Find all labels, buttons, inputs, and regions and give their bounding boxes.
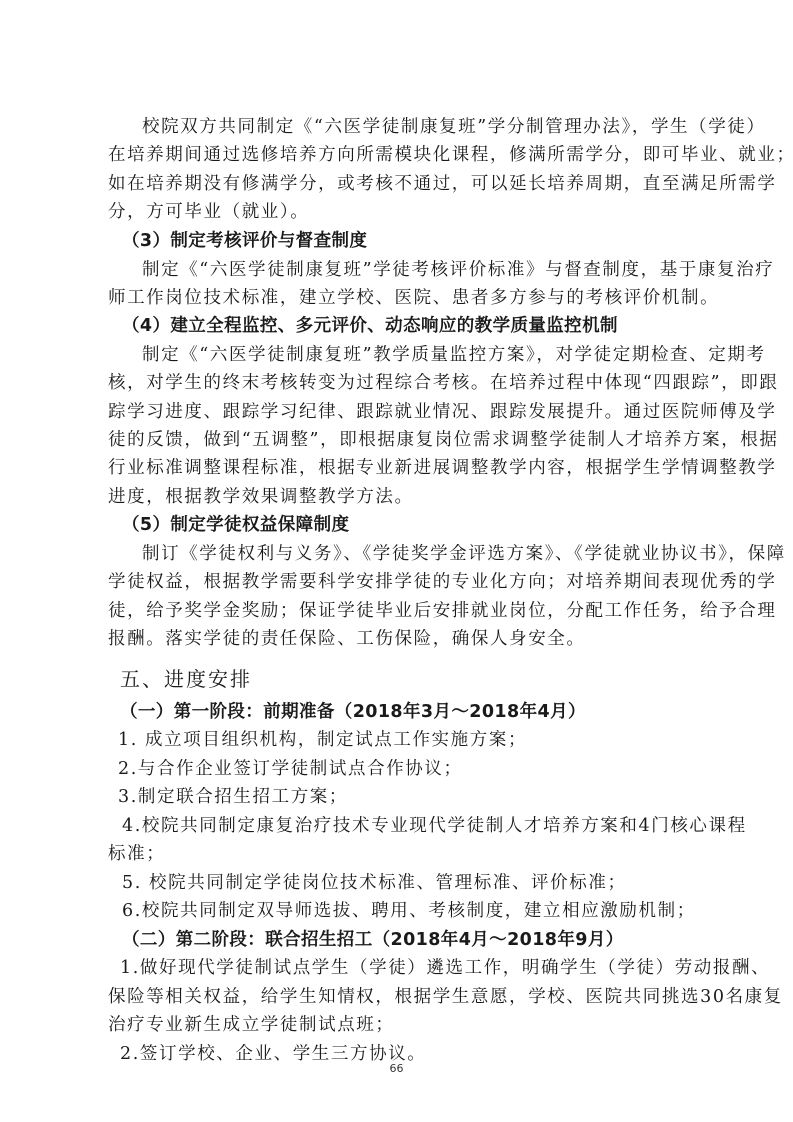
paragraph-line: 分，方可毕业（就业）。 [108, 201, 309, 223]
list-item-continuation: 标准； [108, 843, 165, 865]
paragraph-line: 踪学习进度、跟踪学习纪律、跟踪就业情况、跟踪发展提升。通过医院师傅及学 [108, 401, 777, 423]
paragraph-line: 学徒权益，根据教学需要科学安排学徒的专业化方向；对培养期间表现优秀的学 [108, 571, 777, 593]
paragraph-line: 徒，给予奖学金奖励；保证学徒毕业后安排就业岗位，分配工作任务，给予合理 [108, 600, 777, 622]
paragraph-line: 徒的反馈，做到“五调整”，即根据康复岗位需求调整学徒制人才培养方案，根据 [108, 429, 779, 451]
paragraph-line: 核，对学生的终末考核转变为过程综合考核。在培养过程中体现“四跟踪”，即跟 [108, 372, 779, 394]
subheading-4: （4）建立全程监控、多元评价、动态响应的教学质量监控机制 [122, 315, 618, 337]
paragraph-line: 校院双方共同制定《“六医学徒制康复班”学分制管理办法》，学生（学徒） [142, 116, 766, 138]
list-item: 5. 校院共同制定学徒岗位技术标准、管理标准、评价标准； [122, 872, 627, 894]
list-item: 1.做好现代学徒制试点学生（学徒）遴选工作，明确学生（学徒）劳动报酬、 [120, 957, 770, 979]
list-item: 4.校院共同制定康复治疗技术专业现代学徒制人才培养方案和4门核心课程 [122, 815, 747, 837]
stage-2-heading: （二）第二阶段：联合招生招工（2018年4月～2018年9月） [122, 929, 624, 951]
section-title: 五、进度安排 [120, 668, 252, 690]
subheading-5: （5）制定学徒权益保障制度 [122, 514, 349, 536]
page-number: 66 [0, 1062, 793, 1075]
paragraph-line: 制定《“六医学徒制康复班”教学质量监控方案》，对学徒定期检查、定期考 [142, 344, 766, 366]
list-item: 2.与合作企业签订学徒制试点合作协议； [118, 758, 463, 780]
document-page: 校院双方共同制定《“六医学徒制康复班”学分制管理办法》，学生（学徒） 在培养期间… [0, 0, 793, 1122]
paragraph-line: 行业标准调整课程标准，根据专业新进展调整教学内容，根据学生学情调整教学 [108, 457, 777, 479]
subheading-3: （3）制定考核评价与督查制度 [122, 230, 367, 252]
paragraph-line: 报酬。落实学徒的责任保险、工伤保险，确保人身安全。 [108, 628, 586, 650]
paragraph-line: 在培养期间通过选修培养方向所需模块化课程，修满所需学分，即可毕业、就业； [108, 144, 793, 166]
paragraph-line: 如在培养期没有修满学分，或考核不通过，可以延长培养周期，直至满足所需学 [108, 173, 777, 195]
paragraph-line: 制订《学徒权利与义务》、《学徒奖学金评选方案》、《学徒就业协议书》，保障 [142, 543, 786, 565]
paragraph-line: 师工作岗位技术标准，建立学校、医院、患者多方参与的考核评价机制。 [108, 287, 719, 309]
list-item: 1. 成立项目组织机构，制定试点工作实施方案； [118, 729, 527, 751]
stage-1-heading: （一）第一阶段：前期准备（2018年3月～2018年4月） [120, 701, 586, 723]
list-item: 3.制定联合招生招工方案； [118, 786, 348, 808]
paragraph-line: 进度，根据教学效果调整教学方法。 [108, 486, 414, 508]
list-item: 6.校院共同制定双导师选拔、聘用、考核制度，建立相应激励机制； [122, 900, 696, 922]
paragraph-line: 制定《“六医学徒制康复班”学徒考核评价标准》与督查制度，基于康复治疗 [142, 259, 774, 281]
list-item-continuation: 治疗专业新生成立学徒制试点班； [108, 1014, 395, 1036]
list-item-continuation: 保险等相关权益，给学生知情权，根据学生意愿，学校、医院共同挑选30名康复 [108, 986, 783, 1008]
